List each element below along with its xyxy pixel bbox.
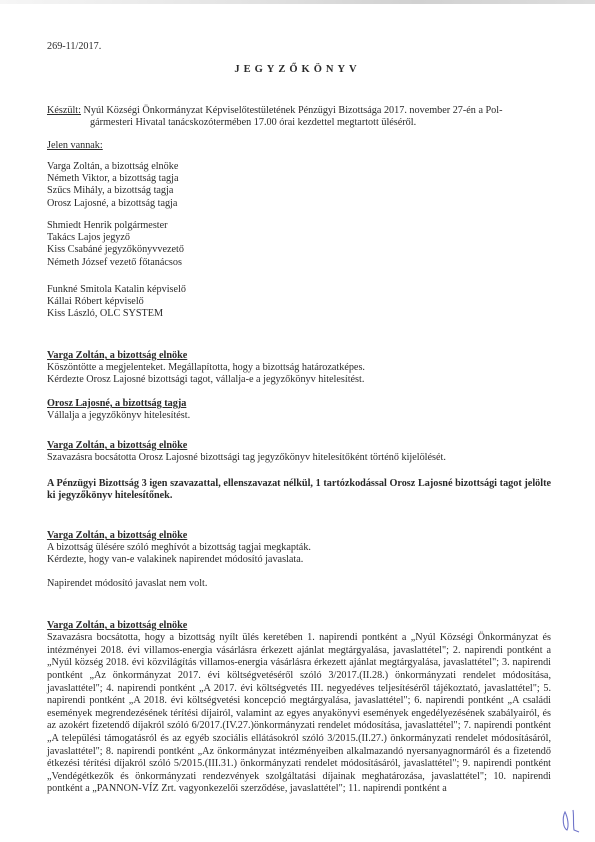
speaker-heading: Varga Zoltán, a bizottság elnöke: [47, 440, 551, 452]
agenda-paragraph: Szavazásra bocsátotta, hogy a bizottság …: [47, 632, 551, 796]
statement-line: Kérdezte Orosz Lajosné bizottsági tagot,…: [47, 374, 551, 386]
prepared-text-line1: Nyúl Községi Önkormányzat Képviselőtestü…: [81, 105, 503, 116]
statement-line: Kérdezte, hogy van-e valakinek napirende…: [47, 554, 551, 566]
list-item: Kiss Csabáné jegyzőkönyvvezető: [47, 244, 184, 256]
list-item: Németh József vezető főtanácsos: [47, 257, 184, 269]
document-title: JEGYZŐKÖNYV: [0, 64, 595, 76]
list-item: Shmiedt Henrik polgármester: [47, 220, 184, 232]
present-guests-list: Funkné Smitola Katalin képviselő Kállai …: [47, 284, 186, 321]
statement-line: A bizottság ülésére szóló meghívót a biz…: [47, 542, 551, 554]
prepared-statement: Készült: Nyúl Községi Önkormányzat Képvi…: [47, 105, 547, 129]
speaker-heading: Varga Zoltán, a bizottság elnöke: [47, 530, 551, 542]
handwritten-initials-mark: [560, 808, 582, 834]
list-item: Varga Zoltán, a bizottság elnöke: [47, 161, 178, 173]
present-staff-list: Shmiedt Henrik polgármester Takács Lajos…: [47, 220, 184, 269]
list-item: Kiss László, OLC SYSTEM: [47, 308, 186, 320]
list-item: Takács Lajos jegyző: [47, 232, 184, 244]
speaker-heading: Orosz Lajosné, a bizottság tagja: [47, 398, 551, 410]
document-page: 269-11/2017. JEGYZŐKÖNYV Készült: Nyúl K…: [0, 0, 595, 842]
list-item: Orosz Lajosné, a bizottság tagja: [47, 198, 178, 210]
section-agenda-vote: Varga Zoltán, a bizottság elnöke Szavazá…: [47, 620, 551, 796]
section-chair-opening: Varga Zoltán, a bizottság elnöke Köszönt…: [47, 350, 551, 387]
resolution-text: A Pénzügyi Bizottság 3 igen szavazattal,…: [47, 478, 551, 502]
section-chair-invitation: Varga Zoltán, a bizottság elnöke A bizot…: [47, 530, 551, 567]
present-heading: Jelen vannak:: [47, 140, 103, 152]
list-item: Kállai Róbert képviselő: [47, 296, 186, 308]
section-chair-vote: Varga Zoltán, a bizottság elnöke Szavazá…: [47, 440, 551, 464]
speaker-heading: Varga Zoltán, a bizottság elnöke: [47, 620, 551, 632]
statement-line: Szavazásra bocsátotta Orosz Lajosné bizo…: [47, 452, 551, 464]
prepared-label: Készült:: [47, 105, 81, 116]
list-item: Németh Viktor, a bizottság tagja: [47, 173, 178, 185]
no-amendment-note: Napirendet módosító javaslat nem volt.: [47, 578, 551, 590]
statement-line: Köszöntötte a megjelenteket. Megállapíto…: [47, 362, 551, 374]
prepared-text-line2: gármesteri Hivatal tanácskozótermében 17…: [47, 117, 547, 129]
list-item: Szűcs Mihály, a bizottság tagja: [47, 185, 178, 197]
statement-line: Vállalja a jegyzőkönyv hitelesítést.: [47, 410, 551, 422]
document-number: 269-11/2017.: [47, 41, 101, 53]
present-committee-list: Varga Zoltán, a bizottság elnöke Németh …: [47, 161, 178, 210]
section-member-reply: Orosz Lajosné, a bizottság tagja Vállalj…: [47, 398, 551, 422]
speaker-heading: Varga Zoltán, a bizottság elnöke: [47, 350, 551, 362]
list-item: Funkné Smitola Katalin képviselő: [47, 284, 186, 296]
